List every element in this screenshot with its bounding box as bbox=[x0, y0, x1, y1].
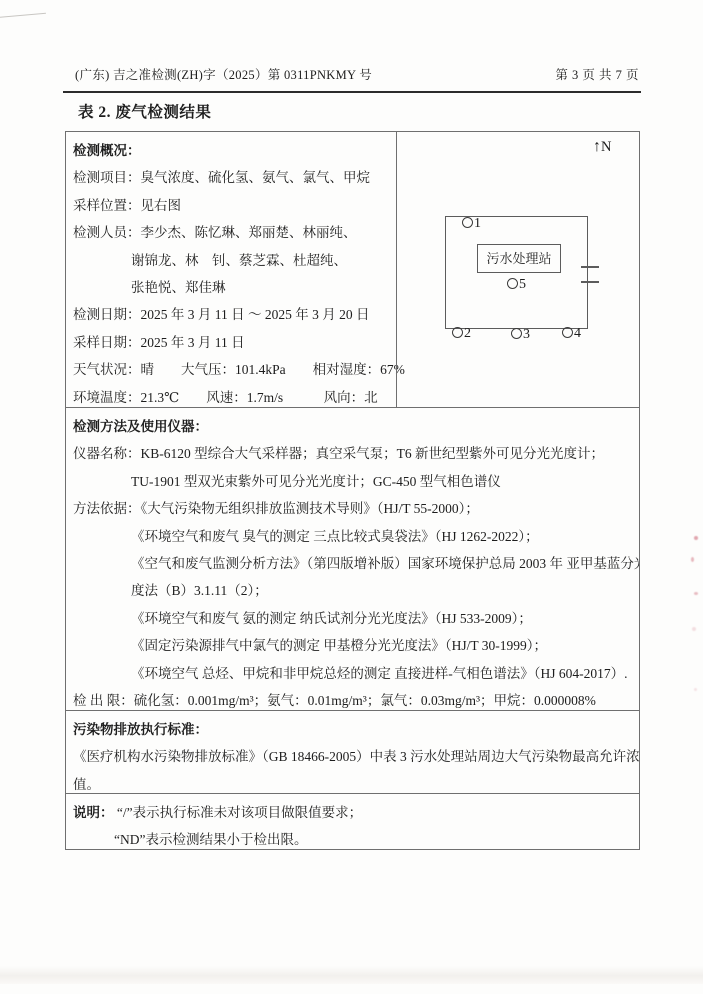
overview-heading: 检测概况： bbox=[73, 137, 392, 164]
methods-line-instruments-2: TU-1901 型双光束紫外可见分光光度计；GC-450 型气相色谱仪 bbox=[73, 468, 631, 495]
north-arrow-glyph: ↑ bbox=[593, 138, 601, 155]
overview-line-temperature: 环境温度：21.3℃ 风速：1.7m/s 风向：北 bbox=[73, 384, 392, 407]
standard-line: 值。 bbox=[73, 771, 631, 793]
point-label: 3 bbox=[523, 327, 530, 342]
standard-line: 《医疗机构水污染物排放标准》（GB 18466-2005）中表 3 污水处理站周… bbox=[73, 743, 631, 770]
methods-heading: 检测方法及使用仪器： bbox=[73, 413, 631, 440]
overview-text-cell: 检测概况： 检测项目：臭气浓度、硫化氢、氨气、氯气、甲烷 采样位置：见右图 检测… bbox=[66, 132, 396, 407]
red-ink-speck bbox=[694, 536, 698, 540]
overview-line-sample-date: 采样日期：2025 年 3 月 11 日 bbox=[73, 329, 392, 356]
document-number: (广东) 吉之准检测(ZH)字（2025）第 0311PNKMY 号 bbox=[75, 65, 372, 83]
sampling-point-1: 1 bbox=[462, 216, 481, 232]
methods-line-standard: 《环境空气和废气 臭气的测定 三点比较式臭袋法》（HJ 1262-2022）； bbox=[73, 523, 631, 550]
red-ink-speck bbox=[694, 592, 698, 595]
section-standard: 污染物排放执行标准： 《医疗机构水污染物排放标准》（GB 18466-2005）… bbox=[66, 710, 639, 793]
north-label: N bbox=[601, 139, 611, 155]
circle-marker-icon bbox=[507, 278, 518, 289]
sampling-point-4: 4 bbox=[562, 326, 581, 342]
sampling-diagram-cell: ↑N 1 污水处理站 5 2 3 4 bbox=[396, 132, 639, 407]
point-label: 1 bbox=[474, 216, 481, 231]
scan-artifact-line bbox=[0, 13, 46, 19]
sampling-point-2: 2 bbox=[452, 326, 471, 342]
sampling-point-5: 5 bbox=[507, 277, 526, 293]
red-ink-speck bbox=[692, 627, 696, 631]
standard-heading: 污染物排放执行标准： bbox=[73, 716, 631, 743]
section-notes: 说明： “/”表示执行标准未对该项目做限值要求； “ND”表示检测结果小于检出限… bbox=[66, 793, 639, 848]
red-ink-speck bbox=[694, 688, 697, 691]
circle-marker-icon bbox=[452, 327, 463, 338]
methods-line-detection-limits: 检 出 限：硫化氢：0.001mg/m³；氨气：0.01mg/m³；氯气：0.0… bbox=[73, 687, 631, 710]
scan-shadow-bottom bbox=[0, 966, 703, 984]
north-arrow-icon: ↑N bbox=[593, 138, 611, 156]
gate-tick-icon bbox=[581, 266, 599, 268]
overview-line-weather: 天气状况：晴 大气压：101.4kPa 相对湿度：67% bbox=[73, 356, 392, 383]
site-boundary: 1 污水处理站 5 bbox=[445, 216, 588, 329]
circle-marker-icon bbox=[462, 217, 473, 228]
methods-line-instruments: 仪器名称：KB-6120 型综合大气采样器；真空采气泵；T6 新世纪型紫外可见分… bbox=[73, 440, 631, 467]
section-overview: 检测概况： 检测项目：臭气浓度、硫化氢、氨气、氯气、甲烷 采样位置：见右图 检测… bbox=[66, 132, 639, 407]
header-rule bbox=[63, 91, 641, 93]
methods-line-standard: 《环境空气 总烃、甲烷和非甲烷总烃的测定 直接进样-气相色谱法》（HJ 604-… bbox=[73, 660, 631, 687]
point-label: 4 bbox=[574, 326, 581, 341]
notes-line-1: 说明： “/”表示执行标准未对该项目做限值要求； bbox=[73, 799, 631, 826]
station-box: 污水处理站 bbox=[477, 244, 561, 273]
methods-line-standard: 《环境空气和废气 氨的测定 纳氏试剂分光光度法》（HJ 533-2009）； bbox=[73, 605, 631, 632]
notes-heading: 说明： bbox=[73, 805, 114, 820]
sampling-point-3: 3 bbox=[511, 327, 530, 343]
methods-line-standard: 《固定污染源排气中氯气的测定 甲基橙分光光度法》（HJ/T 30-1999）； bbox=[73, 632, 631, 659]
overview-line-items: 检测项目：臭气浓度、硫化氢、氨气、氯气、甲烷 bbox=[73, 164, 392, 191]
methods-line-standard: 《空气和废气监测分析方法》（第四版增补版）国家环境保护总局 2003 年 亚甲基… bbox=[73, 550, 631, 577]
section-methods: 检测方法及使用仪器： 仪器名称：KB-6120 型综合大气采样器；真空采气泵；T… bbox=[66, 407, 639, 710]
overview-line-location: 采样位置：见右图 bbox=[73, 192, 392, 219]
overview-line-test-date: 检测日期：2025 年 3 月 11 日 ～ 2025 年 3 月 20 日 bbox=[73, 301, 392, 328]
overview-line-personnel-3: 张艳悦、郑佳琳 bbox=[73, 274, 392, 301]
notes-line-2: “ND”表示检测结果小于检出限。 bbox=[73, 826, 631, 848]
point-label: 5 bbox=[519, 277, 526, 292]
overview-line-personnel-2: 谢锦龙、林 钊、蔡芝霖、杜超纯、 bbox=[73, 247, 392, 274]
gate-tick-icon bbox=[581, 281, 599, 283]
circle-marker-icon bbox=[511, 328, 522, 339]
methods-line-basis: 方法依据：《大气污染物无组织排放监测技术导则》（HJ/T 55-2000）； bbox=[73, 495, 631, 522]
scanned-report-page: (广东) 吉之准检测(ZH)字（2025）第 0311PNKMY 号 第 3 页… bbox=[0, 0, 703, 994]
result-table: 检测概况： 检测项目：臭气浓度、硫化氢、氨气、氯气、甲烷 采样位置：见右图 检测… bbox=[65, 131, 640, 850]
page-title: 表 2. 废气检测结果 bbox=[78, 100, 211, 122]
notes-text: “/”表示执行标准未对该项目做限值要求； bbox=[117, 805, 362, 820]
point-label: 2 bbox=[464, 326, 471, 341]
overview-line-personnel: 检测人员：李少杰、陈忆琳、郑丽楚、林丽纯、 bbox=[73, 219, 392, 246]
page-number: 第 3 页 共 7 页 bbox=[555, 65, 639, 83]
red-ink-speck bbox=[691, 557, 694, 562]
methods-line-standard: 度法（B）3.1.11（2）； bbox=[73, 577, 631, 604]
circle-marker-icon bbox=[562, 327, 573, 338]
